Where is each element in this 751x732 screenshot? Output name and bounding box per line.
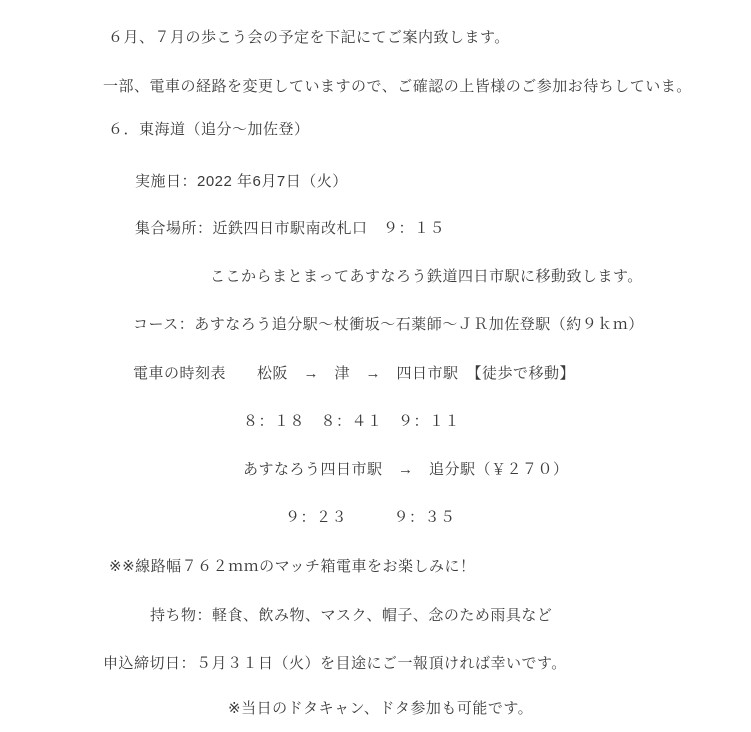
return-route-line: あすなろう四日市駅 → 追分駅（￥２７０）: [243, 461, 569, 478]
section-title: ６．東海道（追分～加佐登）: [108, 121, 310, 138]
return-times-line: ９：２３ ９：３５: [285, 509, 456, 526]
deadline-line: 申込締切日：５月３１日（火）を目途にご一報頂ければ幸いです。: [103, 655, 567, 672]
meeting-place-line: 集合場所：近鉄四日市駅南改札口 ９：１５: [135, 220, 445, 237]
belongings-line: 持ち物：軽食、飲み物、マスク、帽子、念のため雨具など: [150, 607, 552, 624]
event-date-line: 実施日：2022 年6月7日（火）: [135, 173, 348, 190]
timetable-header-line: 電車の時刻表 松阪 → 津 → 四日市駅 【徒歩で移動】: [133, 365, 575, 382]
move-note-line: ここからまとまってあすなろう鉄道四日市駅に移動致します。: [210, 268, 643, 285]
route-change-notice: 一部、電車の経路を変更していますので、ご確認の上皆様のご参加お待ちしていま。: [103, 78, 692, 95]
course-line: コース：あすなろう追分駅～杖衝坂～石薬師～ＪＲ加佐登駅（約９ｋｍ）: [133, 316, 644, 333]
timetable-times-line: ８：１８ ８：４１ ９：１１: [243, 413, 460, 430]
gauge-note-line: ※※線路幅７６２ｍｍのマッチ箱電車をお楽しみに！: [109, 558, 476, 575]
same-day-note-line: ※当日のドタキャン、ドタ参加も可能です。: [228, 700, 533, 717]
document-page: ６月、７月の歩こう会の予定を下記にてご案内致します。 一部、電車の経路を変更して…: [0, 0, 751, 732]
intro-line: ６月、７月の歩こう会の予定を下記にてご案内致します。: [108, 29, 510, 46]
